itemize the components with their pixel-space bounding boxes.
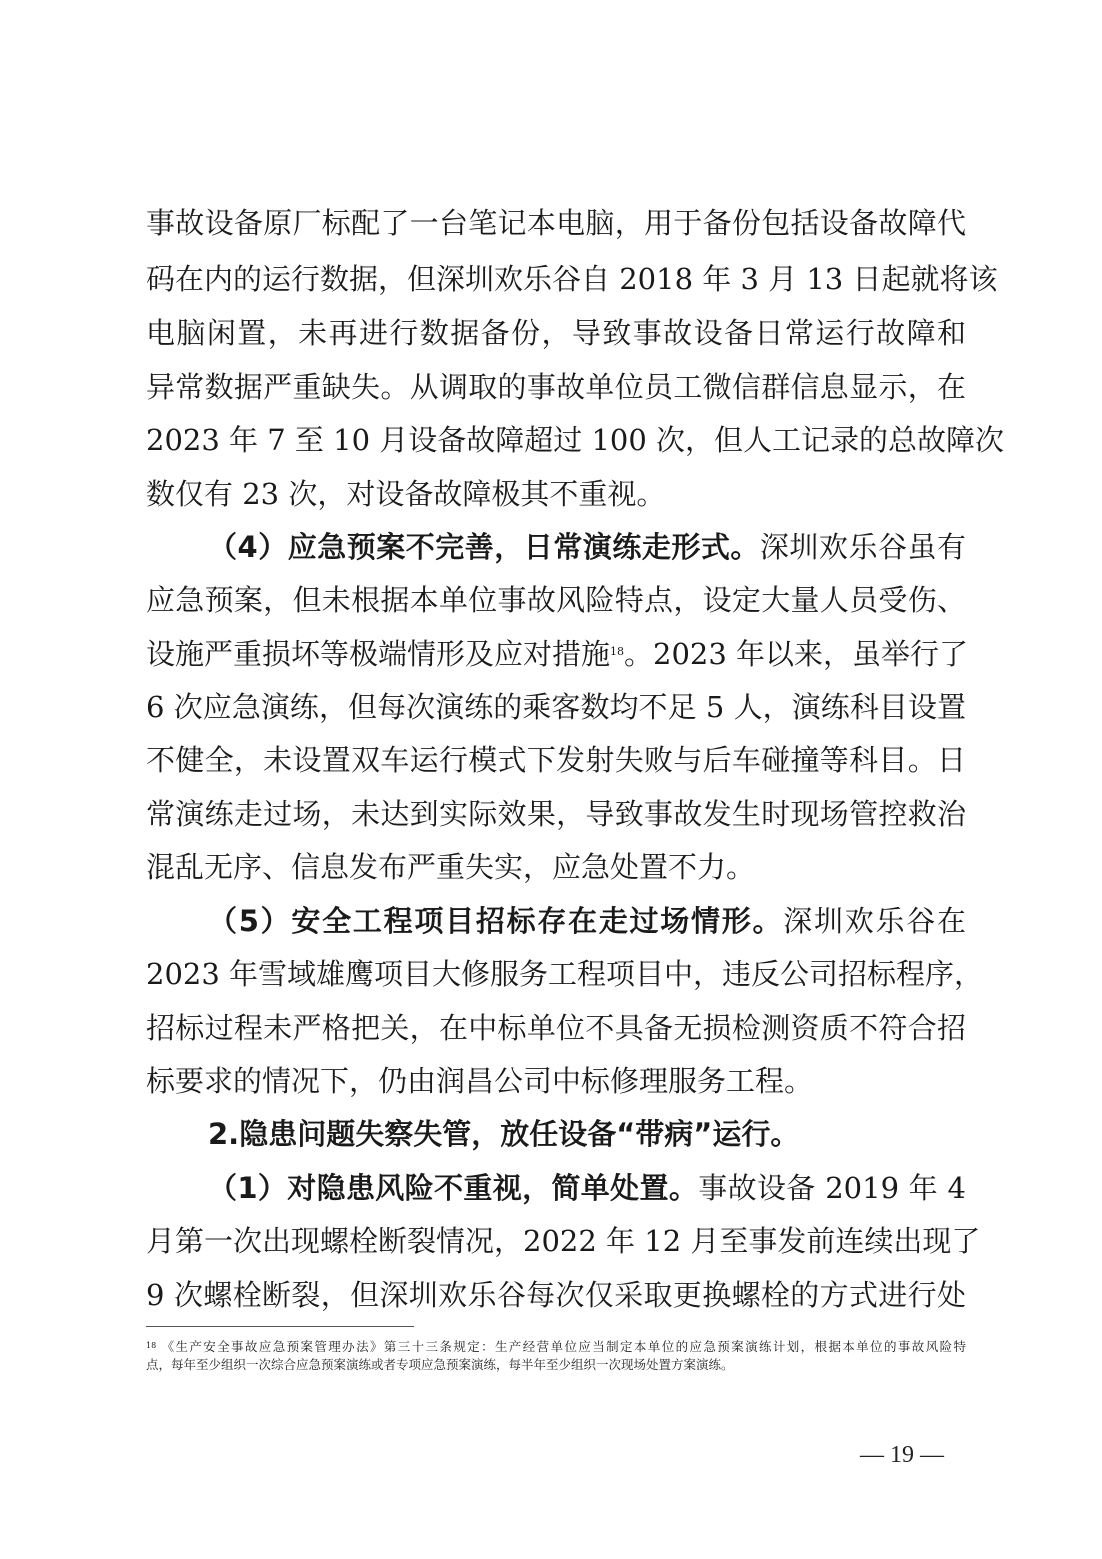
text: 应急预案，但未根据本单位事故风险特点，设定大量人员受伤、 xyxy=(146,583,966,617)
page-number: — 19 — xyxy=(860,1440,944,1470)
text: 数仅有 23 次，对设备故障极其不重视。 xyxy=(146,477,665,511)
footnote-ref[interactable]: 18 xyxy=(610,645,624,658)
footnote-text: 《生产安全事故应急预案管理办法》第三十三条规定：生产经营单位应当制定本单位的应急… xyxy=(162,1339,966,1354)
text: 常演练走过场，未达到实际效果，导致事故发生时现场管控救治 xyxy=(146,797,966,831)
footnote-line: 点，每年至少组织一次综合应急预案演练或者专项应急预案演练，每半年至少组织一次现场… xyxy=(146,1356,966,1374)
body-text-line: 应急预案，但未根据本单位事故风险特点，设定大量人员受伤、 xyxy=(146,580,966,620)
body-text-line: 6 次应急演练，但每次演练的乘客数均不足 5 人，演练科目设置 xyxy=(146,687,966,727)
text: 电脑闲置，未再进行数据备份，导致事故设备日常运行故障和 xyxy=(146,316,966,350)
section-heading-5: （5）安全工程项目招标存在走过场情形。深圳欢乐谷在 xyxy=(146,901,966,941)
text: 招标过程未严格把关，在中标单位不具备无损检测资质不符合招 xyxy=(146,1011,966,1045)
body-text-line: 不健全，未设置双车运行模式下发射失败与后车碰撞等科目。日 xyxy=(146,740,966,780)
text: 设施严重损坏等极端情形及应对措施 xyxy=(146,637,610,671)
text: 。2023 年以来，虽举行了 xyxy=(624,637,968,671)
heading-text: （4）应急预案不完善，日常演练走形式。 xyxy=(208,530,760,564)
body-text-line: 招标过程未严格把关，在中标单位不具备无损检测资质不符合招 xyxy=(146,1008,966,1048)
text: 2023 年雪域雄鹰项目大修服务工程项目中，违反公司招标程序， xyxy=(146,957,983,991)
footnote-line: 18 《生产安全事故应急预案管理办法》第三十三条规定：生产经营单位应当制定本单位… xyxy=(146,1338,966,1356)
section-heading-2: 2.隐患问题失察失管，放任设备“带病”运行。 xyxy=(146,1114,966,1154)
footnote-text: 点，每年至少组织一次综合应急预案演练或者专项应急预案演练，每半年至少组织一次现场… xyxy=(146,1357,734,1372)
body-text-line: 码在内的运行数据，但深圳欢乐谷自 2018 年 3 月 13 日起就将该 xyxy=(146,259,966,299)
text: 混乱无序、信息发布严重失实，应急处置不力。 xyxy=(146,850,755,884)
footnote-number: 18 xyxy=(146,1341,156,1350)
body-text-line: 异常数据严重缺失。从调取的事故单位员工微信群信息显示，在 xyxy=(146,367,966,407)
text: 事故设备 2019 年 4 xyxy=(698,1171,966,1205)
body-text-line: 混乱无序、信息发布严重失实，应急处置不力。 xyxy=(146,847,966,887)
text: 异常数据严重缺失。从调取的事故单位员工微信群信息显示，在 xyxy=(146,370,966,404)
heading-text: （5）安全工程项目招标存在走过场情形。 xyxy=(208,904,783,938)
section-heading-1: （1）对隐患风险不重视，简单处置。事故设备 2019 年 4 xyxy=(146,1168,966,1208)
body-text-line: 月第一次出现螺栓断裂情况，2022 年 12 月至事发前连续出现了 xyxy=(146,1221,966,1261)
document-page: 事故设备原厂标配了一台笔记本电脑，用于备份包括设备故障代 码在内的运行数据，但深… xyxy=(0,0,1102,1559)
heading-text: 2.隐患问题失察失管，放任设备“带病”运行。 xyxy=(208,1117,799,1151)
body-text-line: 常演练走过场，未达到实际效果，导致事故发生时现场管控救治 xyxy=(146,794,966,834)
section-heading-4: （4）应急预案不完善，日常演练走形式。深圳欢乐谷虽有 xyxy=(146,527,966,567)
body-text-line: 标要求的情况下，仍由润昌公司中标修理服务工程。 xyxy=(146,1061,966,1101)
text: 不健全，未设置双车运行模式下发射失败与后车碰撞等科目。日 xyxy=(146,743,966,777)
body-text-line: 数仅有 23 次，对设备故障极其不重视。 xyxy=(146,474,966,514)
text: 深圳欢乐谷在 xyxy=(783,904,966,938)
text: 6 次应急演练，但每次演练的乘客数均不足 5 人，演练科目设置 xyxy=(146,690,966,724)
text: 标要求的情况下，仍由润昌公司中标修理服务工程。 xyxy=(146,1064,813,1098)
body-text-line: 9 次螺栓断裂，但深圳欢乐谷每次仅采取更换螺栓的方式进行处 xyxy=(146,1275,966,1315)
text: 码在内的运行数据，但深圳欢乐谷自 2018 年 3 月 13 日起就将该 xyxy=(146,262,997,296)
body-text-line: 设施严重损坏等极端情形及应对措施18。2023 年以来，虽举行了 xyxy=(146,634,966,674)
text: 月第一次出现螺栓断裂情况，2022 年 12 月至事发前连续出现了 xyxy=(146,1224,980,1258)
body-text-line: 2023 年 7 至 10 月设备故障超过 100 次，但人工记录的总故障次 xyxy=(146,420,966,460)
text: 事故设备原厂标配了一台笔记本电脑，用于备份包括设备故障代 xyxy=(146,206,966,240)
text: 9 次螺栓断裂，但深圳欢乐谷每次仅采取更换螺栓的方式进行处 xyxy=(146,1278,966,1312)
footnote-divider xyxy=(146,1326,414,1327)
body-text-line: 事故设备原厂标配了一台笔记本电脑，用于备份包括设备故障代 xyxy=(146,203,966,243)
body-text-line: 电脑闲置，未再进行数据备份，导致事故设备日常运行故障和 xyxy=(146,313,966,353)
text: 深圳欢乐谷虽有 xyxy=(760,530,966,564)
text: 2023 年 7 至 10 月设备故障超过 100 次，但人工记录的总故障次 xyxy=(146,423,1004,457)
heading-text: （1）对隐患风险不重视，简单处置。 xyxy=(208,1171,698,1205)
body-text-line: 2023 年雪域雄鹰项目大修服务工程项目中，违反公司招标程序， xyxy=(146,954,966,994)
